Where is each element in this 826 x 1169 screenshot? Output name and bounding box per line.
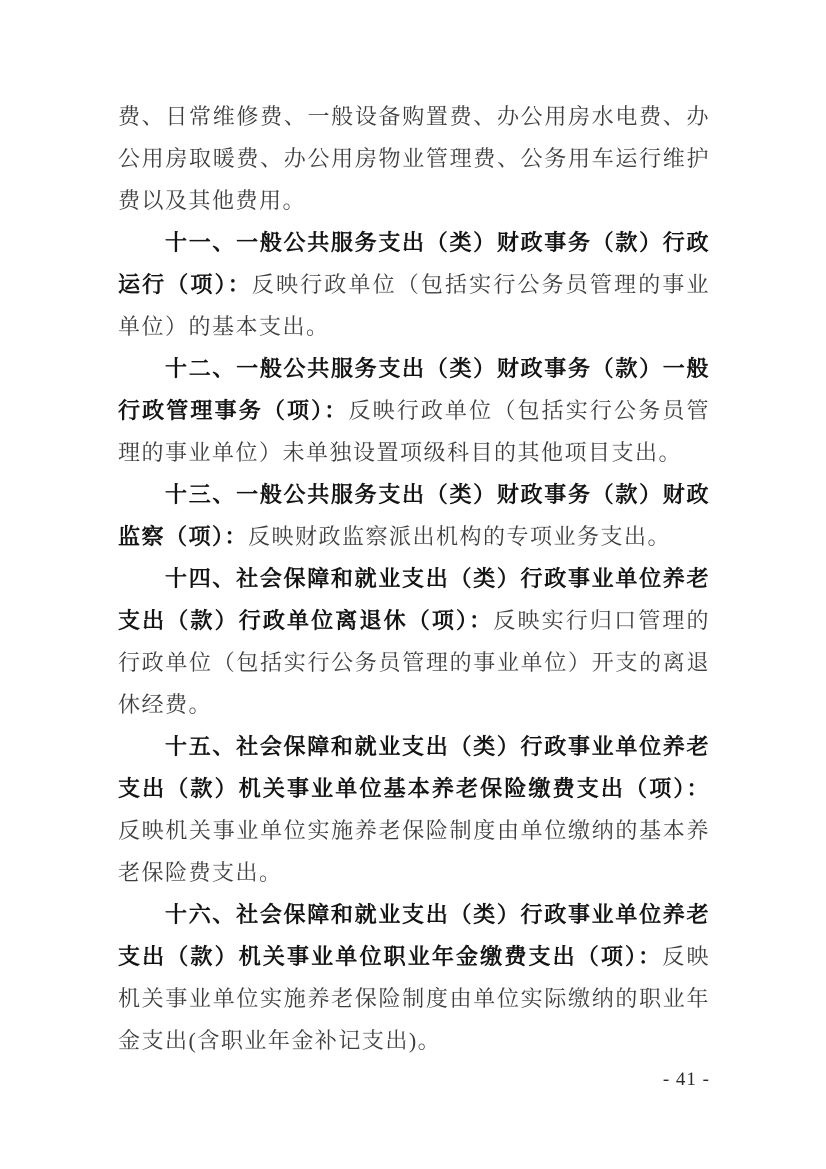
budget-item-15-heading: 十五、社会保障和就业支出（类）行政事业单位养老支出（款）机关事业单位基本养老保险… xyxy=(118,734,710,801)
budget-item-11: 十一、一般公共服务支出（类）财政事务（款）行政运行（项）：反映行政单位（包括实行… xyxy=(118,222,710,348)
budget-item-14: 十四、社会保障和就业支出（类）行政事业单位养老支出（款）行政单位离退休（项）：反… xyxy=(118,558,710,726)
budget-item-13: 十三、一般公共服务支出（类）财政事务（款）财政监察（项）：反映财政监察派出机构的… xyxy=(118,474,710,558)
budget-item-15: 十五、社会保障和就业支出（类）行政事业单位养老支出（款）机关事业单位基本养老保险… xyxy=(118,726,710,894)
budget-item-13-body: 反映财政监察派出机构的专项业务支出。 xyxy=(248,524,671,549)
page-content: 费、日常维修费、一般设备购置费、办公用房水电费、办公用房取暖费、办公用房物业管理… xyxy=(118,96,710,1062)
page-number: - 41 - xyxy=(118,1068,710,1092)
paragraph-continuation: 费、日常维修费、一般设备购置费、办公用房水电费、办公用房取暖费、办公用房物业管理… xyxy=(118,96,710,222)
budget-item-16-heading: 十六、社会保障和就业支出（类）行政事业单位养老支出（款）机关事业单位职业年金缴费… xyxy=(118,902,710,969)
budget-item-15-body: 反映机关事业单位实施养老保险制度由单位缴纳的基本养老保险费支出。 xyxy=(118,818,710,885)
document-page: 费、日常维修费、一般设备购置费、办公用房水电费、办公用房取暖费、办公用房物业管理… xyxy=(0,0,826,1169)
budget-item-16: 十六、社会保障和就业支出（类）行政事业单位养老支出（款）机关事业单位职业年金缴费… xyxy=(118,894,710,1062)
budget-item-12: 十二、一般公共服务支出（类）财政事务（款）一般行政管理事务（项）：反映行政单位（… xyxy=(118,348,710,474)
